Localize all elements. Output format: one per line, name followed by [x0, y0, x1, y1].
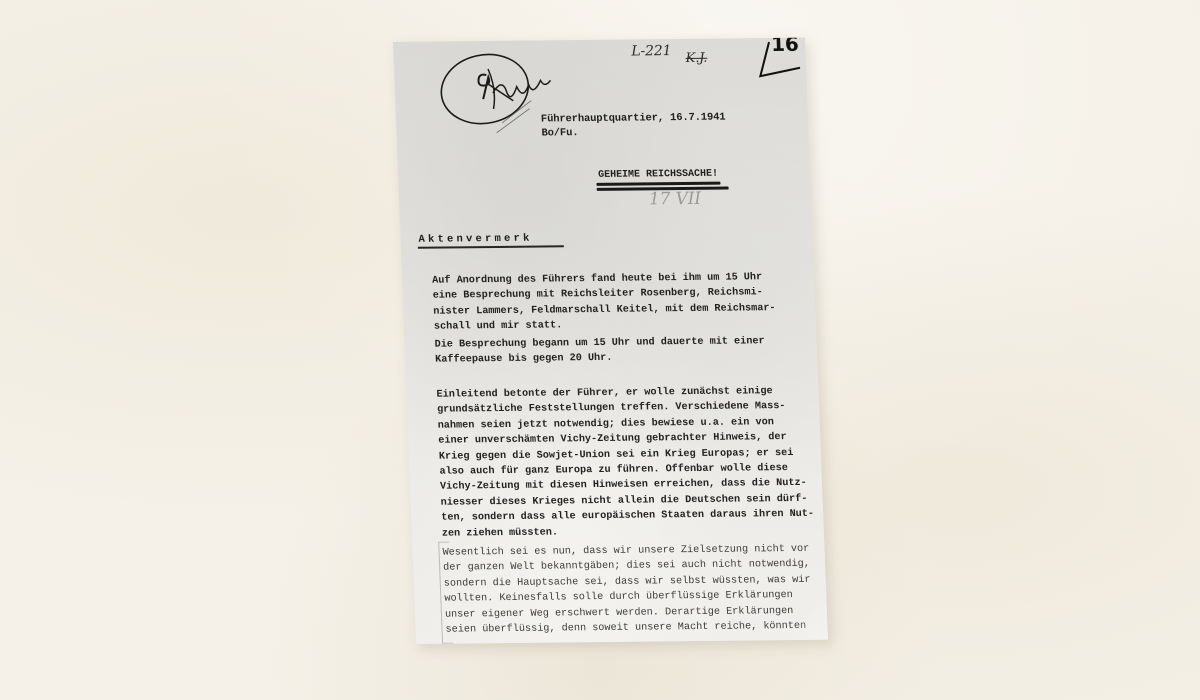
location-date: Führerhauptquartier, 16.7.1941 [541, 112, 726, 127]
document-page: L-221 K.J. 16 Führerhauptquartier, 16.7.… [393, 38, 828, 644]
text-line: Kaffeepause bis gegen 20 Uhr. [435, 349, 807, 368]
paragraph-2: Die Besprechung begann um 15 Uhr und dau… [434, 334, 807, 369]
circled-number-annotation [433, 44, 556, 135]
paragraph-1: Auf Anordnung des Führers fand heute bei… [432, 270, 806, 336]
paragraph-3: Einleitend betonte der Führer, er wolle … [436, 384, 814, 542]
text-line: seien überflüssig, denn soweit unsere Ma… [445, 619, 817, 638]
title-underline [418, 245, 564, 248]
paragraph-4: Wesentlich sei es nun, dass wir unsere Z… [442, 542, 817, 638]
signature-scrawl [463, 52, 606, 143]
handwritten-date: 17 VII [649, 193, 701, 206]
classification-underline [596, 182, 720, 186]
document-title: Aktenvermerk [418, 233, 532, 247]
text-line: zen ziehen müssten. [442, 522, 814, 541]
paper-highlight [766, 600, 828, 641]
text-line: schall und mir statt. [434, 316, 806, 335]
archive-reference-crossed: K.J. [685, 53, 707, 66]
archive-reference: L-221 [631, 45, 671, 58]
page-number: 16 [771, 38, 799, 51]
classification-stamp: GEHEIME REICHSSACHE! [598, 169, 718, 183]
reference-code: Bo/Fu. [541, 127, 578, 140]
